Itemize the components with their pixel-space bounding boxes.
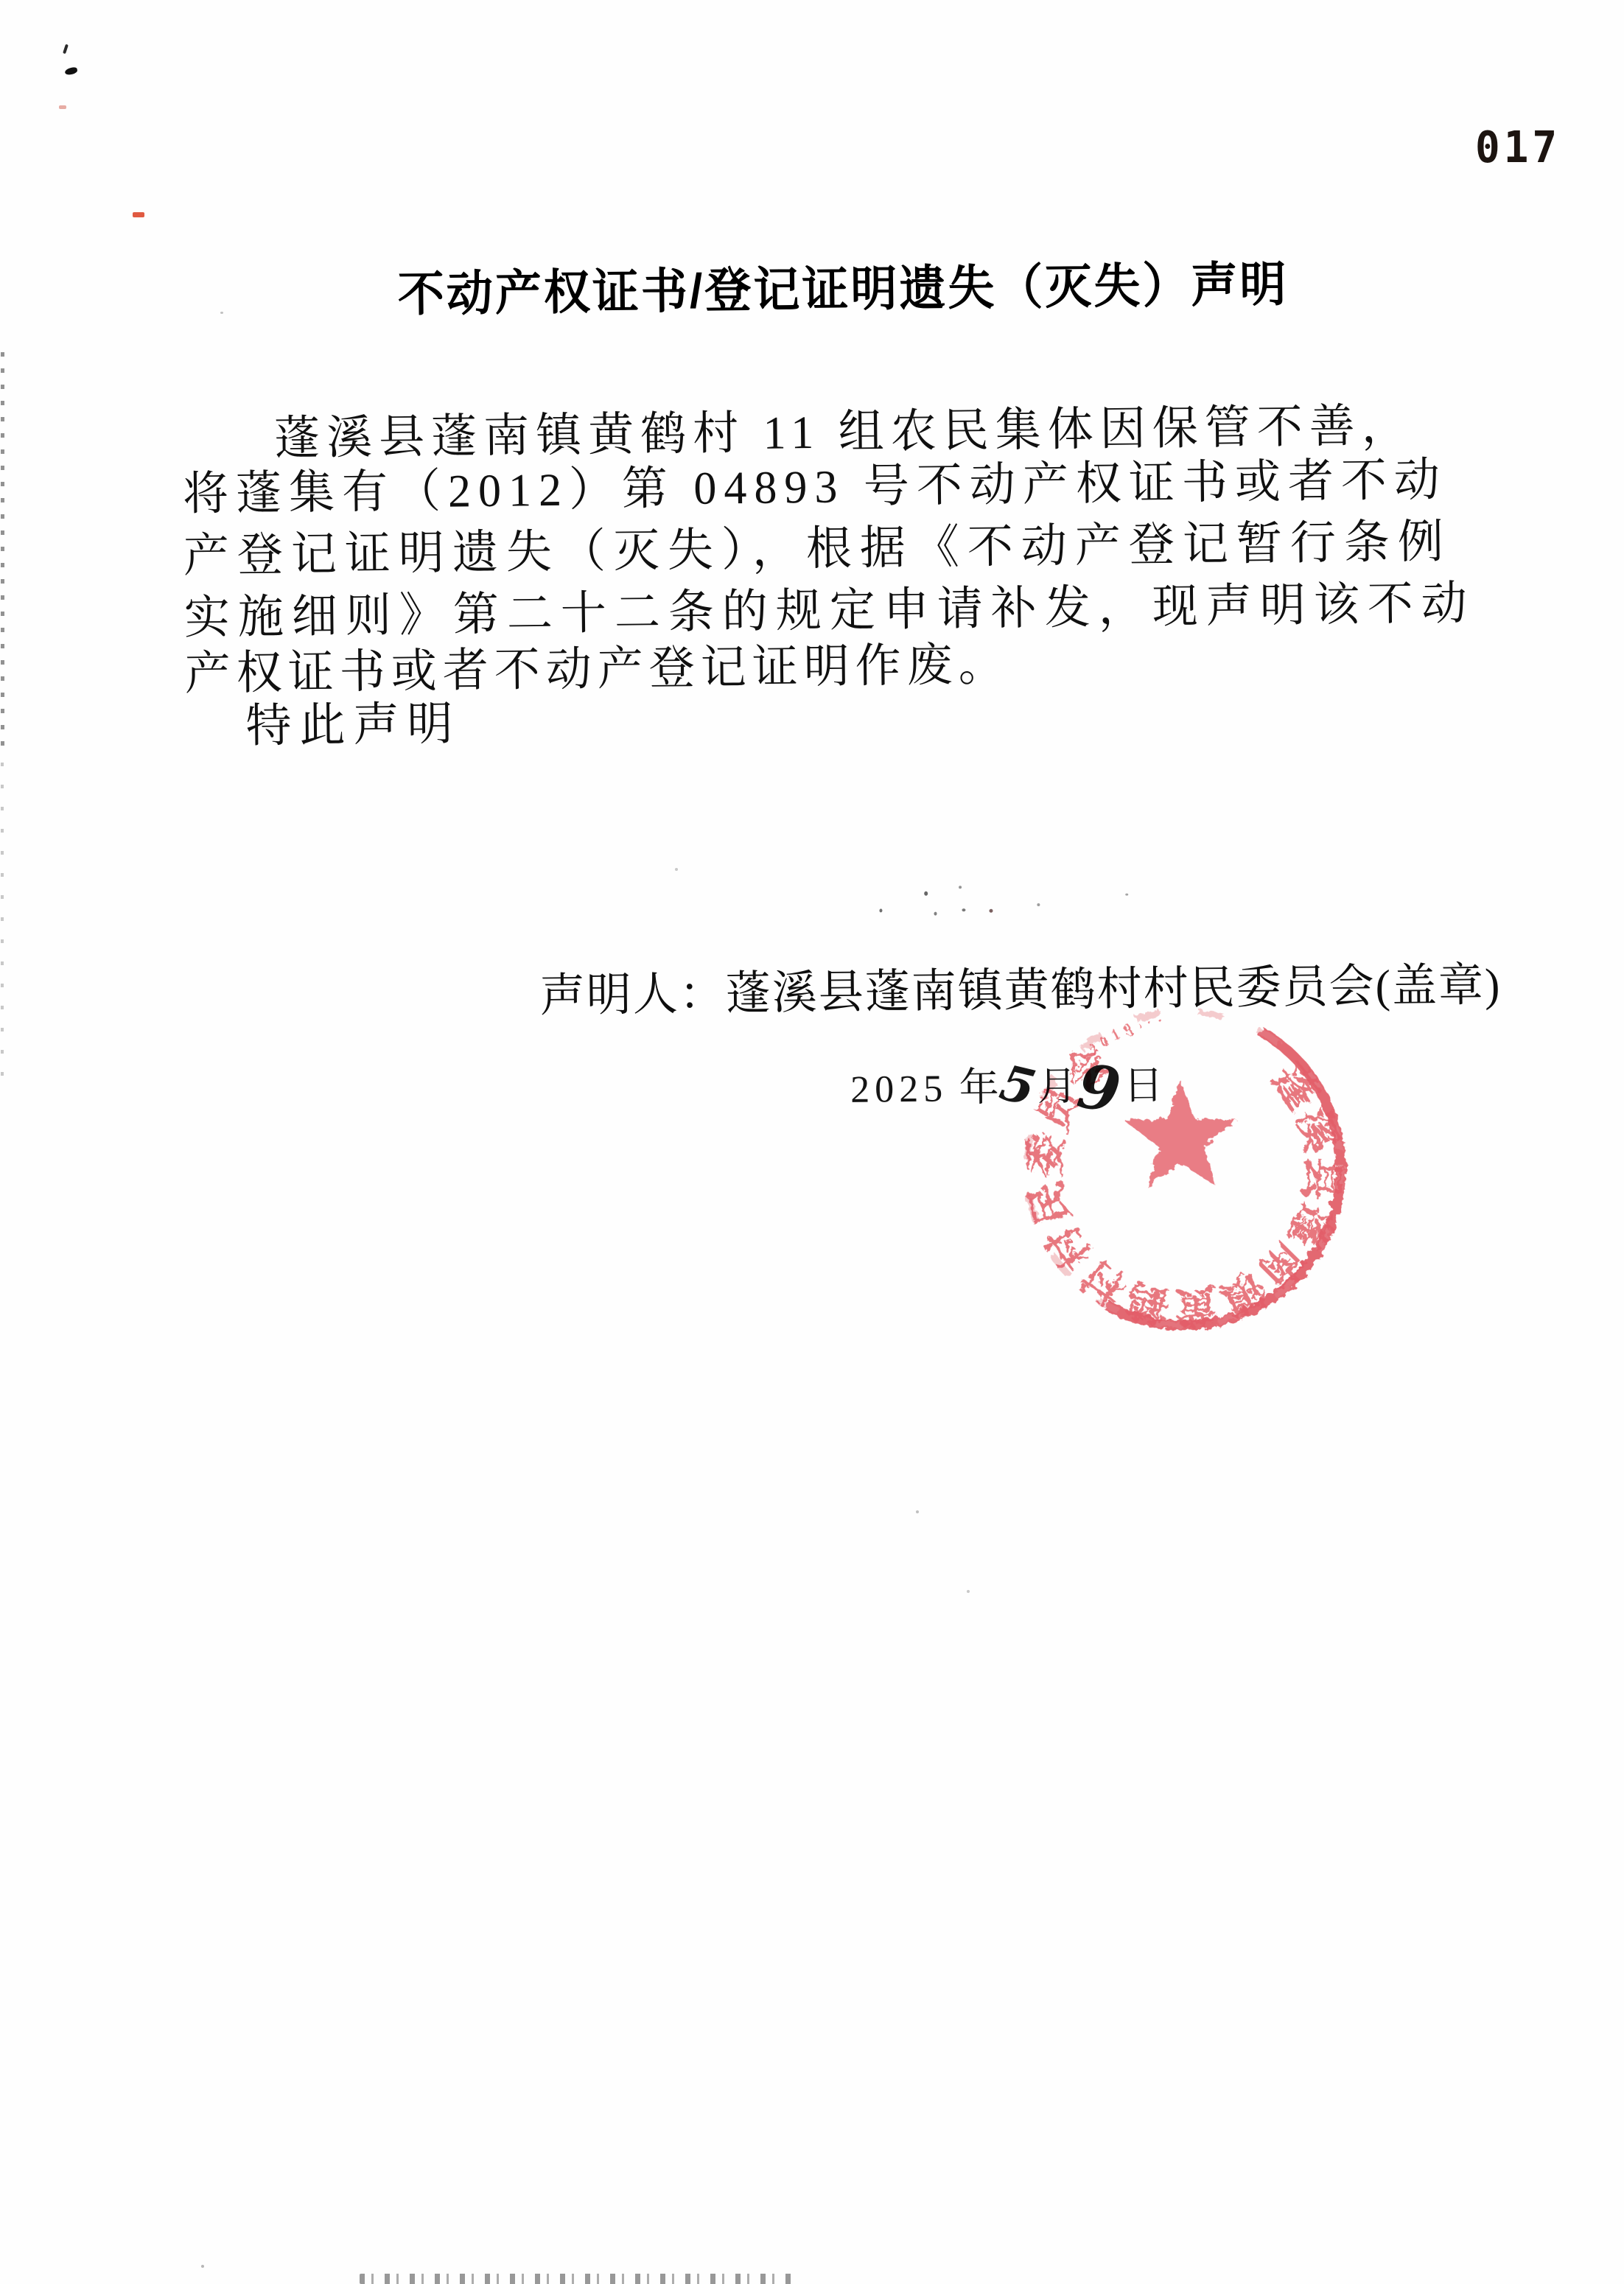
artifact-bottom-edge-smudge — [360, 2274, 794, 2284]
artifact-speck — [924, 891, 928, 896]
star-icon — [1124, 1079, 1238, 1188]
seal-ring-text-holder: 蓬溪县蓬南镇黄鹤村村民委员会 — [1001, 986, 1369, 1347]
body-line-6: 特此声明 — [245, 686, 461, 755]
artifact-red-dash-faint — [59, 105, 66, 109]
artifact-left-edge-marks-lower — [1, 763, 4, 1079]
date-year-char: 年 — [959, 1065, 1001, 1110]
seal-ring-text: 蓬溪县蓬南镇黄鹤村村民委员会 — [1001, 986, 1369, 1347]
artifact-left-edge-marks — [1, 352, 4, 754]
date-year: 2025 — [850, 1068, 948, 1110]
artifact-speck — [934, 912, 937, 916]
official-seal: 蓬溪县蓬南镇黄鹤村村民委员会 ···2019··· — [1001, 986, 1369, 1347]
scan-page: 017 不动产权证书/登记证明遗失（灭失）声明 蓬溪县蓬南镇黄鹤村 11 组农民… — [0, 0, 1624, 2284]
artifact-speck — [463, 442, 466, 445]
artifact-speck — [220, 312, 223, 314]
artifact-speck — [916, 1510, 919, 1513]
artifact-speck — [959, 886, 962, 889]
document-title: 不动产权证书/登记证明遗失（灭失）声明 — [397, 245, 1289, 325]
artifact-speck — [1125, 894, 1128, 896]
artifact-speck — [967, 1590, 970, 1593]
artifact-speck — [879, 908, 882, 912]
document-content: 不动产权证书/登记证明遗失（灭失）声明 蓬溪县蓬南镇黄鹤村 11 组农民集体因保… — [0, 0, 1624, 2284]
artifact-red-dash — [133, 212, 144, 217]
artifact-speck — [989, 909, 993, 913]
artifact-speck — [1037, 903, 1040, 906]
artifact-speck — [675, 868, 678, 871]
artifact-speck — [201, 2265, 204, 2268]
artifact-speck — [962, 908, 965, 911]
